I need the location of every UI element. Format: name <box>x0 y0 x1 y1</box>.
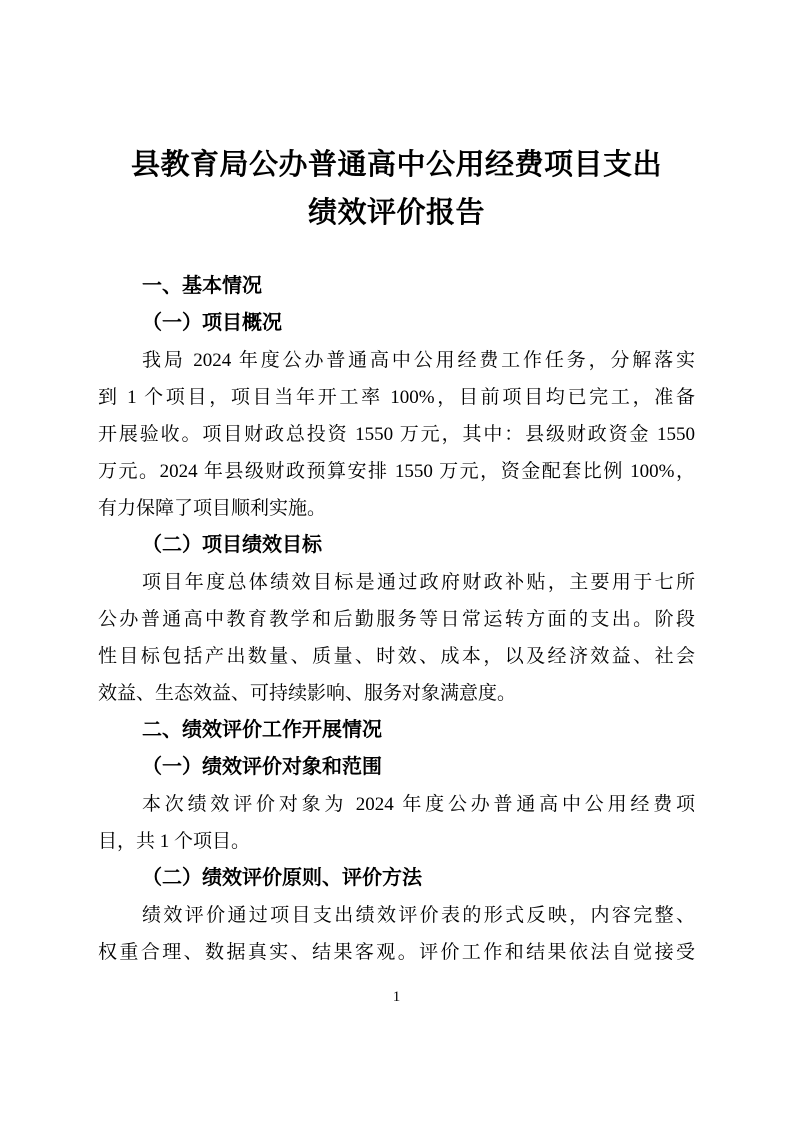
document-body: 一、基本情况 （一）项目概况 我局 2024 年度公办普通高中公用经费工作任务，… <box>98 268 695 971</box>
document-title-line1: 县教育局公办普通高中公用经费项目支出 <box>98 141 695 189</box>
paragraph-performance-goals-line: 效益、生态效益、可持续影响、服务对象满意度。 <box>98 675 695 712</box>
section-heading-evaluation-work: 二、绩效评价工作开展情况 <box>98 712 695 749</box>
paragraph-evaluation-scope-line: 本次绩效评价对象为 2024 年度公办普通高中公用经费项 <box>98 786 695 823</box>
section-heading-basic-info: 一、基本情况 <box>98 268 695 305</box>
subsection-heading-evaluation-method: （二）绩效评价原则、评价方法 <box>98 860 695 897</box>
subsection-heading-project-overview: （一）项目概况 <box>98 305 695 342</box>
document-title: 县教育局公办普通高中公用经费项目支出 绩效评价报告 <box>98 141 695 237</box>
document-title-line2: 绩效评价报告 <box>98 189 695 237</box>
paragraph-evaluation-scope-line: 目，共 1 个项目。 <box>98 823 695 860</box>
paragraph-project-overview-line: 开展验收。项目财政总投资 1550 万元，其中：县级财政资金 1550 <box>98 416 695 453</box>
paragraph-performance-goals-line: 性目标包括产出数量、质量、时效、成本，以及经济效益、社会 <box>98 638 695 675</box>
document-page: 县教育局公办普通高中公用经费项目支出 绩效评价报告 一、基本情况 （一）项目概况… <box>0 0 793 1122</box>
paragraph-project-overview-line: 我局 2024 年度公办普通高中公用经费工作任务，分解落实 <box>98 342 695 379</box>
paragraph-project-overview-line: 有力保障了项目顺利实施。 <box>98 490 695 527</box>
paragraph-performance-goals-line: 公办普通高中教育教学和后勤服务等日常运转方面的支出。阶段 <box>98 601 695 638</box>
page-number: 1 <box>0 986 793 1008</box>
paragraph-project-overview-line: 万元。2024 年县级财政预算安排 1550 万元，资金配套比例 100%， <box>98 453 695 490</box>
paragraph-evaluation-method-line: 权重合理、数据真实、结果客观。评价工作和结果依法自觉接受 <box>98 934 695 971</box>
paragraph-performance-goals-line: 项目年度总体绩效目标是通过政府财政补贴，主要用于七所 <box>98 564 695 601</box>
paragraph-evaluation-method-line: 绩效评价通过项目支出绩效评价表的形式反映，内容完整、 <box>98 897 695 934</box>
subsection-heading-evaluation-scope: （一）绩效评价对象和范围 <box>98 749 695 786</box>
paragraph-project-overview-line: 到 1 个项目，项目当年开工率 100%，目前项目均已完工，准备 <box>98 379 695 416</box>
subsection-heading-performance-goals: （二）项目绩效目标 <box>98 527 695 564</box>
